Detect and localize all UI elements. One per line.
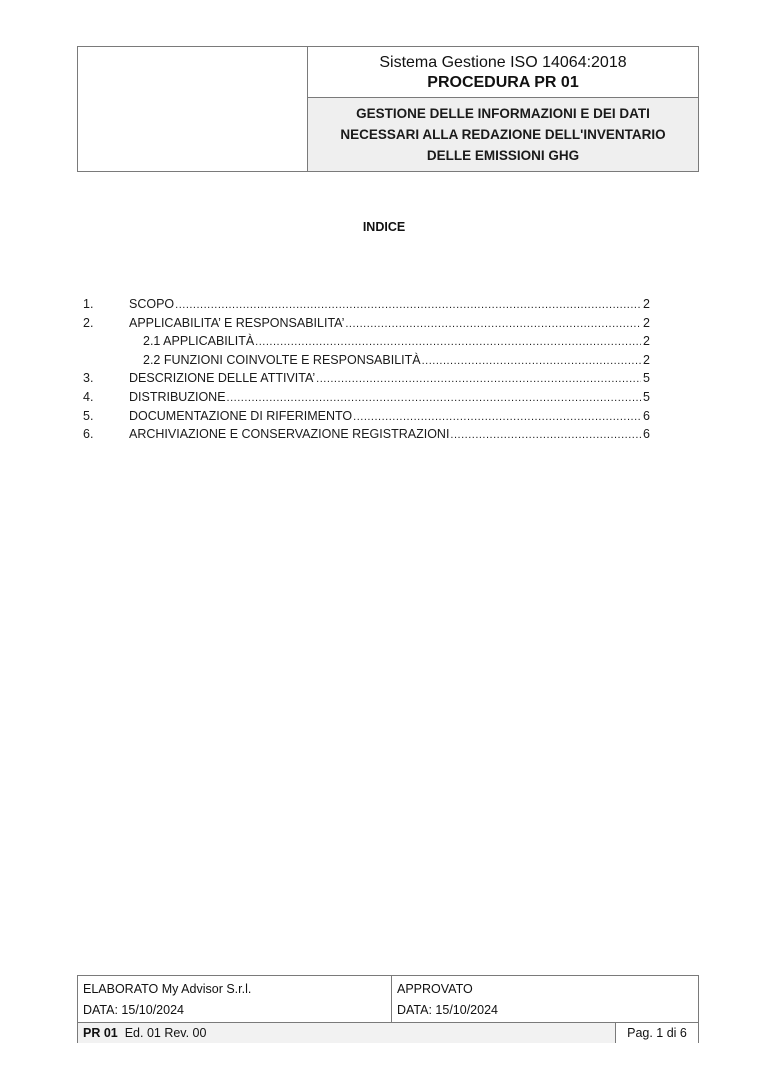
toc-entry[interactable]: 2.2 FUNZIONI COINVOLTE E RESPONSABILITÀ2 [83, 351, 650, 370]
toc-leader-dots [450, 426, 641, 445]
procedure-title-line: NECESSARI ALLA REDAZIONE DELL'INVENTARIO [308, 124, 698, 145]
approved-label: APPROVATO [397, 979, 693, 1000]
toc-leader-dots [175, 296, 641, 315]
toc-entry[interactable]: 3.DESCRIZIONE DELLE ATTIVITA’5 [83, 369, 650, 388]
toc-number: 5. [83, 407, 129, 426]
toc-title[interactable]: APPLICABILITA’ E RESPONSABILITA’ [129, 314, 344, 333]
toc-title[interactable]: 2.1 APPLICABILITÀ [143, 332, 254, 351]
toc-title[interactable]: SCOPO [129, 295, 174, 314]
toc-entry[interactable]: 2.1 APPLICABILITÀ2 [83, 332, 650, 351]
page-number: Pag. 1 di 6 [615, 1023, 698, 1043]
prepared-date: DATA: 15/10/2024 [83, 1000, 386, 1021]
header-system-cell: Sistema Gestione ISO 14064:2018 PROCEDUR… [308, 47, 698, 98]
procedure-code-footer: PR 01 [83, 1026, 118, 1040]
toc-entry[interactable]: 4.DISTRIBUZIONE5 [83, 388, 650, 407]
toc-page-number: 5 [642, 369, 650, 388]
toc-leader-dots [227, 389, 641, 408]
approved-cell: APPROVATO DATA: 15/10/2024 [392, 976, 698, 1022]
toc-title[interactable]: ARCHIVIAZIONE E CONSERVAZIONE REGISTRAZI… [129, 425, 449, 444]
toc-title[interactable]: DESCRIZIONE DELLE ATTIVITA’ [129, 369, 315, 388]
toc-title[interactable]: DOCUMENTAZIONE DI RIFERIMENTO [129, 407, 352, 426]
toc-number: 4. [83, 388, 129, 407]
toc-page-number: 6 [642, 425, 650, 444]
document-code: PR 01 Ed. 01 Rev. 00 [78, 1023, 615, 1043]
toc-number: 6. [83, 425, 129, 444]
toc-page-number: 2 [642, 332, 650, 351]
toc-number: 1. [83, 295, 129, 314]
prepared-by: ELABORATO My Advisor S.r.l. [83, 979, 386, 1000]
toc-leader-dots [316, 370, 641, 389]
toc-page-number: 6 [642, 407, 650, 426]
toc-entry[interactable]: 5.DOCUMENTAZIONE DI RIFERIMENTO6 [83, 407, 650, 426]
document-header-table: Sistema Gestione ISO 14064:2018 PROCEDUR… [77, 46, 699, 172]
toc-leader-dots [255, 333, 641, 352]
toc-page-number: 5 [642, 388, 650, 407]
toc-leader-dots [422, 352, 641, 371]
toc-entry[interactable]: 1.SCOPO2 [83, 295, 650, 314]
procedure-title-line: GESTIONE DELLE INFORMAZIONI E DEI DATI [308, 103, 698, 124]
management-system-label: Sistema Gestione ISO 14064:2018 [308, 52, 698, 73]
toc-entry[interactable]: 6.ARCHIVIAZIONE E CONSERVAZIONE REGISTRA… [83, 425, 650, 444]
toc-number: 2. [83, 314, 129, 333]
approved-date: DATA: 15/10/2024 [397, 1000, 693, 1021]
index-heading: INDICE [0, 220, 768, 234]
table-of-contents: 1.SCOPO22.APPLICABILITA’ E RESPONSABILIT… [83, 295, 650, 444]
edition-revision: Ed. 01 Rev. 00 [125, 1026, 207, 1040]
procedure-title-line: DELLE EMISSIONI GHG [308, 145, 698, 166]
toc-entry[interactable]: 2.APPLICABILITA’ E RESPONSABILITA’2 [83, 314, 650, 333]
toc-title[interactable]: DISTRIBUZIONE [129, 388, 226, 407]
header-info: Sistema Gestione ISO 14064:2018 PROCEDUR… [308, 47, 698, 171]
procedure-title: GESTIONE DELLE INFORMAZIONI E DEI DATI N… [308, 98, 698, 171]
toc-page-number: 2 [642, 351, 650, 370]
toc-number: 3. [83, 369, 129, 388]
prepared-cell: ELABORATO My Advisor S.r.l. DATA: 15/10/… [78, 976, 392, 1022]
logo-cell [78, 47, 308, 171]
document-footer-table: ELABORATO My Advisor S.r.l. DATA: 15/10/… [77, 975, 699, 1043]
toc-leader-dots [345, 315, 641, 334]
procedure-code: PROCEDURA PR 01 [308, 73, 698, 93]
toc-title[interactable]: 2.2 FUNZIONI COINVOLTE E RESPONSABILITÀ [143, 351, 421, 370]
toc-page-number: 2 [642, 295, 650, 314]
toc-page-number: 2 [642, 314, 650, 333]
toc-leader-dots [353, 408, 641, 427]
